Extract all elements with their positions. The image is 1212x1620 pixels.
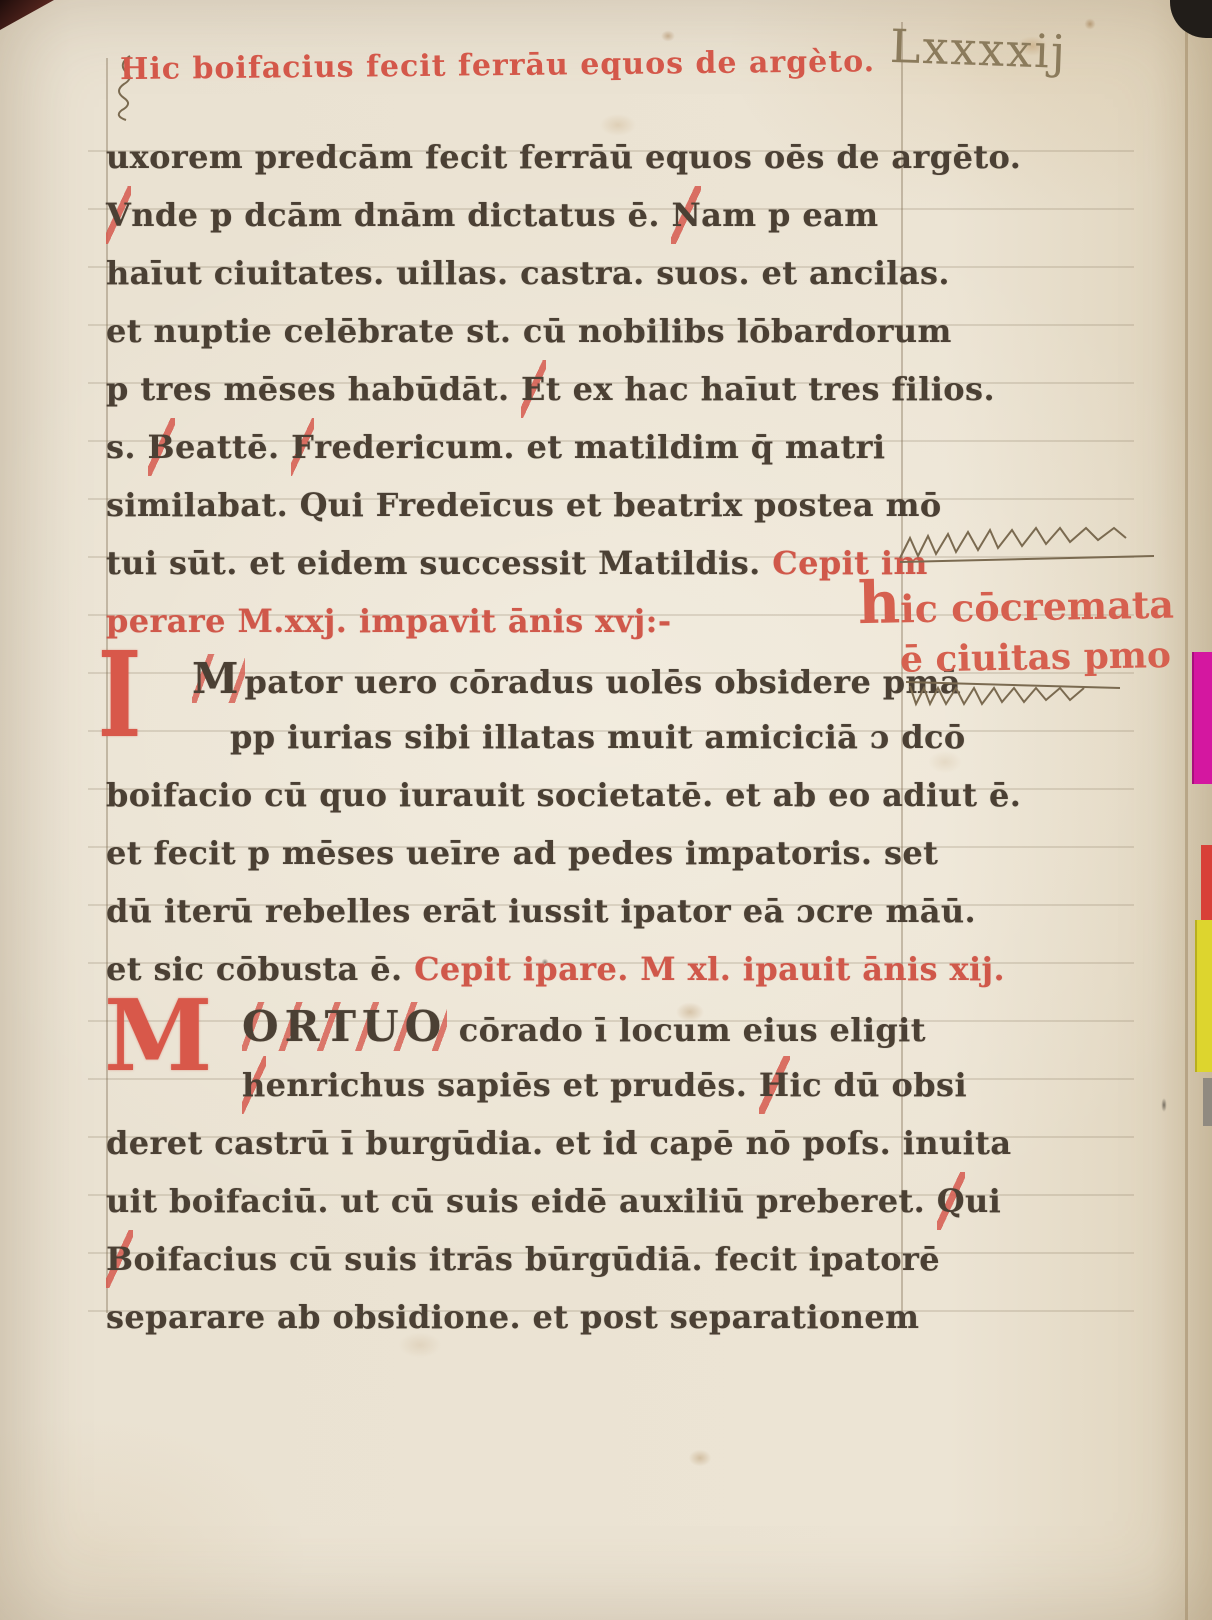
manuscript-line: haīut ciuitates. uillas. castra. suos. e… — [106, 244, 936, 302]
folio-number: Lxxxxij — [889, 19, 1068, 79]
ink-text: uxorem predcām fecit ferrāū equos oēs de… — [106, 138, 1021, 176]
ink-text: nde p dcām dnām dictatus ē. — [131, 196, 671, 234]
manuscript-line: Vnde p dcām dnām dictatus ē. Nam p eam — [106, 186, 936, 244]
manuscript-line: et nuptie celēbrate st. cū nobilibs lōba… — [106, 302, 936, 360]
margin-rubric-line1: hic cōcremata — [857, 563, 1212, 637]
ink-text: H — [759, 1056, 790, 1114]
manuscript-line: henrichus sapiēs et prudēs. Hic dū obsi — [106, 1056, 936, 1114]
manuscript-line: et sic cōbusta ē. Cepit ipare. M xl. ipa… — [106, 940, 936, 998]
ink-text: tui sūt. et eidem successit Matildis. — [106, 544, 772, 582]
rubric-text: perare M.xxj. impavit ānis xvj:- — [106, 602, 672, 640]
penwork-flourish-icon — [898, 524, 1158, 566]
manuscript-line: Mpator uero cōradus uolēs obsidere pmā — [106, 650, 936, 708]
text-block: uxorem predcām fecit ferrāū equos oēs de… — [106, 128, 936, 1346]
ink-text: s. — [106, 428, 148, 466]
initial-letter-I: I — [98, 636, 142, 754]
ink-text: ORTUO — [242, 1002, 447, 1051]
edge-tab-yellow — [1195, 920, 1212, 1072]
manuscript-line: boifacio cū quo iurauit societatē. et ab… — [106, 766, 936, 824]
ink-text: boifacio cū quo iurauit societatē. et ab… — [106, 776, 1021, 814]
margin-initial: h — [857, 568, 900, 637]
ink-text: haīut ciuitates. uillas. castra. suos. e… — [106, 254, 950, 292]
binding-corner-right — [1170, 0, 1212, 38]
edge-tab-grey — [1203, 1078, 1212, 1126]
manuscript-line: pp iurias sibi illatas muit amiciciā ɔ d… — [106, 708, 936, 766]
ink-text: B — [148, 418, 175, 476]
ink-text: N — [671, 186, 701, 244]
ink-text: Q — [937, 1172, 965, 1230]
manuscript-line: s. Beattē. Fredericum. et matildim q̄ ma… — [106, 418, 936, 476]
manuscript-line: p tres mēses habūdāt. Et ex hac haīut tr… — [106, 360, 936, 418]
margin-rubric-line2: ē ciuitas pmo — [900, 633, 1212, 681]
manuscript-line: perare M.xxj. impavit ānis xvj:- — [106, 592, 936, 650]
ink-text: h — [242, 1056, 266, 1114]
ink-text: t ex hac haīut tres filios. — [546, 370, 995, 408]
ink-text: separare ab obsidione. et post separatio… — [106, 1298, 919, 1336]
ink-text: pp iurias sibi illatas muit amiciciā ɔ d… — [230, 718, 966, 756]
ink-text: cōrado ī locum eius eligit — [447, 1011, 926, 1049]
ink-text: uit boifaciū. ut cū suis eidē auxiliū pr… — [106, 1182, 937, 1220]
chapter-rubric: Hic boifacius fecit ferrāu equos de argè… — [120, 44, 900, 87]
ink-text: et fecit p mēses ueīre ad pedes impatori… — [106, 834, 938, 872]
ink-text: pator uero cōradus uolēs obsidere pmā — [245, 663, 961, 701]
manuscript-line: dū iterū rebelles erāt iussit ipator eā … — [106, 882, 936, 940]
rubric-text: Cepit ipare. M xl. ipauit ānis xij. — [414, 950, 1005, 988]
ink-text: ui — [965, 1182, 1001, 1220]
ink-text: M — [192, 654, 245, 703]
ink-text: B — [106, 1230, 133, 1288]
manuscript-line: tui sūt. et eidem successit Matildis. Ce… — [106, 534, 936, 592]
ink-text: E — [521, 360, 546, 418]
ink-text: dū iterū rebelles erāt iussit ipator eā … — [106, 892, 976, 930]
ink-text: p tres mēses habūdāt. — [106, 370, 521, 408]
manuscript-line: Boifacius cū suis itrās būrgūdiā. fecit … — [106, 1230, 936, 1288]
edge-tab-magenta — [1192, 652, 1212, 784]
manuscript-line: uit boifaciū. ut cū suis eidē auxiliū pr… — [106, 1172, 936, 1230]
ink-text: oifacius cū suis itrās būrgūdiā. fecit i… — [133, 1240, 940, 1278]
ink-text: eattē. — [175, 428, 291, 466]
manuscript-line: et fecit p mēses ueīre ad pedes impatori… — [106, 824, 936, 882]
ink-text: et nuptie celēbrate st. cū nobilibs lōba… — [106, 312, 952, 350]
ink-text: ic dū obsi — [790, 1066, 967, 1104]
ink-text: F — [291, 418, 314, 476]
penwork-flourish-icon — [904, 676, 1124, 714]
manuscript-line: similabat. Qui Fredeīcus et beatrix post… — [106, 476, 936, 534]
ink-text: deret castrū ī burgūdia. et id capē nō p… — [106, 1124, 1011, 1162]
margin-rubric: hic cōcremata ē ciuitas pmo — [858, 524, 1212, 714]
manuscript-page: Hic boifacius fecit ferrāu equos de argè… — [0, 0, 1212, 1620]
ink-text: similabat. Qui Fredeīcus et beatrix post… — [106, 486, 942, 524]
binding-corner-left — [0, 0, 54, 30]
ink-text: V — [106, 186, 131, 244]
ink-text: enrichus sapiēs et prudēs. — [266, 1066, 759, 1104]
initial-letter-M: M — [104, 988, 212, 1086]
manuscript-line: deret castrū ī burgūdia. et id capē nō p… — [106, 1114, 936, 1172]
manuscript-line: separare ab obsidione. et post separatio… — [106, 1288, 936, 1346]
manuscript-line: uxorem predcām fecit ferrāū equos oēs de… — [106, 128, 936, 186]
page-edge — [1185, 0, 1188, 1620]
ink-text: am p eam — [701, 196, 878, 234]
ink-text: redericum. et matildim q̄ matri — [314, 428, 885, 466]
manuscript-line: ORTUO cōrado ī locum eius eligit — [106, 998, 936, 1056]
